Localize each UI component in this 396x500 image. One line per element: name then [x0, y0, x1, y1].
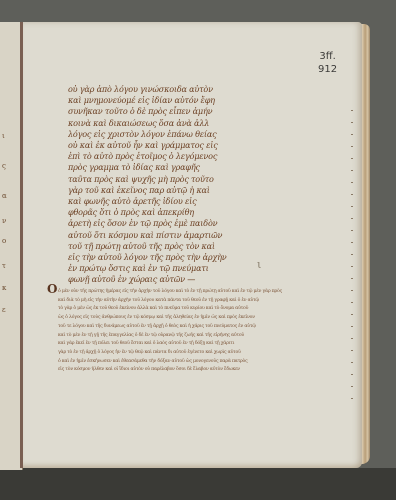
text-line: ἀρετὴ εἰς ὅσον ἐν τῷ πρὸς ἐμὲ παιδὸν	[68, 218, 298, 229]
main-text-block: οὐ γὰρ ἀπὸ λόγου γινώσκοιδα αὐτὸν καὶ μν…	[68, 84, 298, 286]
text-line: οὐ γὰρ ἀπὸ λόγου γινώσκοιδα αὐτὸν	[68, 84, 298, 95]
left-page-fragment: α	[2, 192, 7, 201]
left-page-fragment: ε	[2, 306, 6, 315]
text-line: ταῦτα πρὸς καὶ ψυχῆς μὴ πρὸς τοῦτο	[68, 174, 298, 185]
text-line: φθορᾶς ὅτι ὁ πρὸς καὶ ἀπεκρίθη	[68, 207, 298, 218]
commentary-line: εἰς τὸν κόσμον ἦλθεν καὶ οἱ ἴδιοι αὐτὸν …	[58, 366, 282, 375]
text-line: καὶ μνημονεύομέ εἰς ἰδίαν αὐτόν ἔφη	[68, 95, 298, 106]
shelfmark-line-2: 912	[318, 63, 337, 76]
commentary-initial-letter: Ο	[47, 282, 57, 296]
text-line: τοῦ τῇ πρώτῃ αὐτοῦ τῆς πρὸς τὸν καὶ	[68, 241, 298, 252]
commentary-line: ὁ καὶ ἐν ἡμῖν ἐσκήνωσεν καὶ ἐθεασάμεθα τ…	[58, 358, 282, 367]
commentary-line: γὰρ τὸ ἐν τῇ ἀρχῇ ὁ λόγος ἦν ἐν τῷ θεῷ κ…	[58, 349, 282, 358]
commentary-line: καὶ γὰρ ἐκεῖ ἐν τῇ πόλει τοῦ θεοῦ ἔσται …	[58, 340, 282, 349]
commentary-line: τοῦ τε λόγου καὶ τῆς δυνάμεως αὐτοῦ ἐν τ…	[58, 323, 282, 332]
commentary-line: καὶ τὸ μὲν ἐν τῇ γῇ τῆς ἐπαγγελίας ὁ δὲ …	[58, 332, 282, 341]
text-line: λόγος εἰς χριστὸν λόγον ἐπάνω θείας	[68, 129, 298, 140]
shelfmark-annotation: 3ff. 912	[318, 50, 337, 76]
binding-gutter	[20, 22, 23, 468]
text-line: φωνῇ αὐτοῦ ἐν χώραις αὐτῶν —	[68, 274, 298, 285]
text-line: οὐ καὶ ἐκ αὐτοῦ ἦν καὶ γράμματος εἰς	[68, 140, 298, 151]
text-line: ἐν πρώτῳ ὅστις καὶ ἐν τῷ πνεύματι	[68, 263, 298, 274]
text-line: εἰς τὴν αὐτοῦ λόγον τῆς πρὸς τὴν ἀρχὴν	[68, 252, 298, 263]
left-page-fragment: ν	[2, 217, 6, 226]
left-page-fragment: ς	[2, 162, 6, 171]
text-line: πρὸς γραμμα τὸ ἰδίας καὶ γραφῆς	[68, 162, 298, 173]
left-page-fragment: ο	[2, 237, 6, 246]
shelfmark-line-1: 3ff.	[318, 50, 337, 63]
left-page-fragment: τ	[2, 262, 6, 271]
text-line: γὰρ τοῦ καὶ ἐκεῖνος παρ αὐτῷ ἡ καὶ	[68, 185, 298, 196]
commentary-line: ὡς ὁ λόγος εἰς τοὺς ἀνθρώπους ἐν τῷ κόσμ…	[58, 314, 282, 323]
text-line: αὐτοῦ ὅτι κόσμου καὶ πίστιν ἁμαρτιῶν	[68, 230, 298, 241]
pricking-holes	[351, 110, 353, 410]
dark-background-bottom	[0, 468, 396, 500]
commentary-text-block: ὁ μὲν οὖν τῆς πρώτης ἡμέρας εἰς τὴν ἀρχὴ…	[58, 288, 282, 375]
left-page-fragment: ι	[2, 132, 5, 141]
text-line: κοινὰ καὶ δικαιώσεως ὅσα ἀνὰ ἀλλ	[68, 118, 298, 129]
marginal-mark: ι	[257, 258, 261, 271]
left-page-fragment: κ	[2, 284, 6, 293]
text-line: ἐπὶ τὸ αὐτὸ πρὸς ἑτοῖμος ὁ λεγόμενος	[68, 151, 298, 162]
commentary-line: τὸ γὰρ ὁ μὲν ὡς ἐκ τοῦ θεοῦ ἐκείνου ἀλλὰ…	[58, 305, 282, 314]
commentary-line: καὶ διὰ τὸ μὴ εἰς τὴν αὐτὴν ἀρχὴν τοῦ λό…	[58, 297, 282, 306]
text-line: καὶ φωνῆς αὐτὸ ἀρετῆς ἰδίου εἰς	[68, 196, 298, 207]
commentary-line: ὁ μὲν οὖν τῆς πρώτης ἡμέρας εἰς τὴν ἀρχὴ…	[58, 288, 282, 297]
text-line: συνῆκαν τοῦτο ὁ δὲ πρὸς εἶπεν ἀμήν	[68, 106, 298, 117]
